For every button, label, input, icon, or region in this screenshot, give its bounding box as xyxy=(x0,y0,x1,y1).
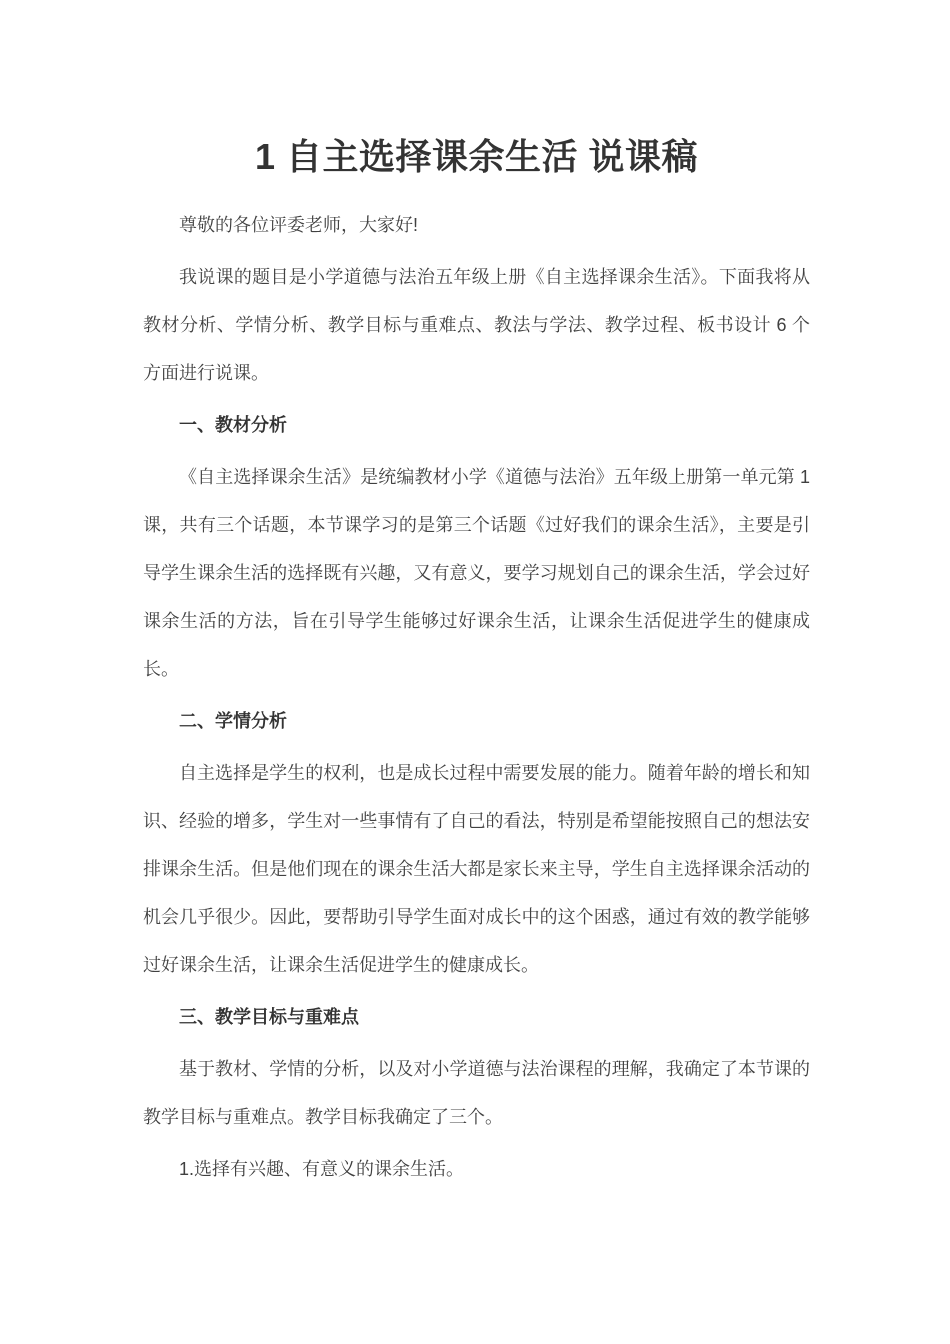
paragraph: 尊敬的各位评委老师，大家好! xyxy=(143,201,810,249)
section-heading: 二、学情分析 xyxy=(143,697,810,745)
paragraph: 基于教材、学情的分析，以及对小学道德与法治课程的理解，我确定了本节课的教学目标与… xyxy=(143,1045,810,1141)
paragraph: 自主选择是学生的权利，也是成长过程中需要发展的能力。随着年龄的增长和知识、经验的… xyxy=(143,749,810,989)
paragraph: 1.选择有兴趣、有意义的课余生活。 xyxy=(143,1145,810,1193)
paragraph: 《自主选择课余生活》是统编教材小学《道德与法治》五年级上册第一单元第 1 课，共… xyxy=(143,453,810,693)
paragraph: 我说课的题目是小学道德与法治五年级上册《自主选择课余生活》。下面我将从教材分析、… xyxy=(143,253,810,397)
section-heading: 三、教学目标与重难点 xyxy=(143,993,810,1041)
document-title: 1 自主选择课余生活 说课稿 xyxy=(143,135,810,179)
document-body: 尊敬的各位评委老师，大家好!我说课的题目是小学道德与法治五年级上册《自主选择课余… xyxy=(143,201,810,1193)
section-heading: 一、教材分析 xyxy=(143,401,810,449)
document-page: 1 自主选择课余生活 说课稿 尊敬的各位评委老师，大家好!我说课的题目是小学道德… xyxy=(0,0,950,1344)
